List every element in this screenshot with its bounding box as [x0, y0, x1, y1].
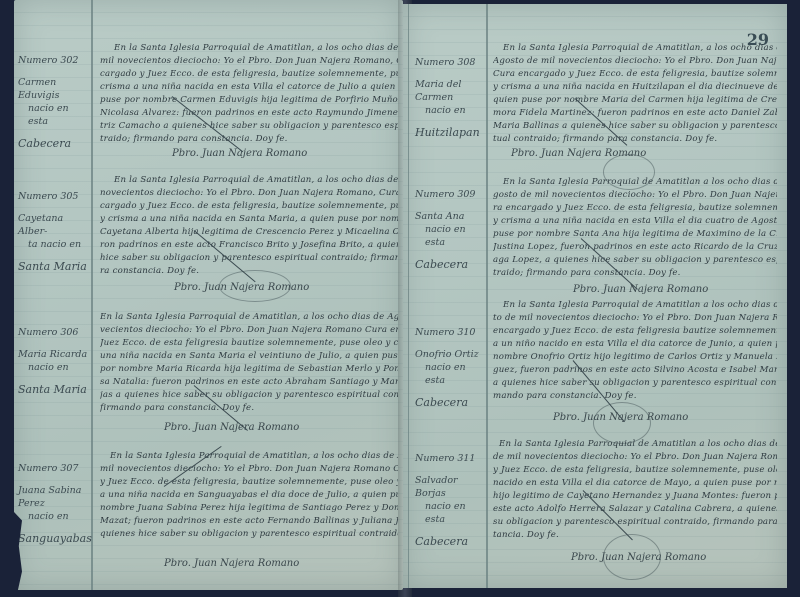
text-line: nombre Juana Sabina Perez hija legitima …: [100, 502, 398, 515]
text-line: En la Santa Iglesia Parroquial de Amatit…: [493, 299, 777, 312]
born-label: ta nacio en: [18, 238, 88, 251]
birth-place: Cabecera: [415, 396, 485, 409]
entry-body: En la Santa Iglesia Parroquial de Amatit…: [100, 42, 398, 146]
margin-rule: [486, 4, 488, 588]
text-line: una niña nacida en Santa Maria el veinti…: [100, 350, 398, 363]
text-line: Maria Ballinas a quienes hice saber su o…: [493, 120, 777, 133]
text-line: Juez Ecco. de esta feligresia bautize so…: [100, 337, 398, 350]
entry-body: En la Santa Iglesia Parroquial de Amatit…: [493, 299, 777, 403]
text-line: nacido en esta Villa el dia catorce de M…: [493, 477, 777, 490]
text-line: mora Fidela Martinez: fueron padrinos en…: [493, 107, 777, 120]
text-line: ron padrinos en este acto Francisco Brit…: [100, 239, 398, 252]
entry-body: En la Santa Iglesia Parroquial de Amatit…: [493, 438, 777, 542]
entry-body: En la Santa Iglesia Parroquial de Amatit…: [100, 311, 398, 415]
birth-place: Cabecera: [415, 535, 485, 548]
entry-body: En la Santa Iglesia Parroquial de Amatit…: [100, 174, 398, 278]
text-line: su obligacion y parentesco espiritual co…: [493, 516, 777, 529]
text-line: puse por nombre Carmen Eduvigis hija leg…: [100, 94, 398, 107]
text-line: hice saber su obligacion y parentesco es…: [100, 252, 398, 265]
text-line: quienes hice saber su obligacion y paren…: [100, 528, 398, 541]
text-line: En la Santa Iglesia Parroquial de Amatit…: [493, 176, 777, 189]
born-label: nacio en esta: [415, 361, 485, 387]
text-line: ra encargado y Juez Ecco. de esta feligr…: [493, 202, 777, 215]
born-label: nacio en esta: [415, 500, 485, 526]
text-line: encargado y Juez Ecco. de esta feligresi…: [493, 325, 777, 338]
born-label: nacio en: [415, 104, 485, 117]
signature-flourish: [603, 534, 661, 580]
child-name: Cayetana Alber-: [18, 212, 88, 238]
text-line: En la Santa Iglesia Parroquial de Amatit…: [100, 42, 398, 55]
text-line: En la Santa Iglesia Parroquial de Amatit…: [100, 311, 398, 324]
text-line: puse por nombre Santa Ana hija legitima …: [493, 228, 777, 241]
entry-body: En la Santa Iglesia Parroquial de Amatit…: [493, 42, 777, 146]
text-line: firmando para constancia. Doy fe.: [100, 402, 398, 415]
child-name: Carmen Eduvigis: [18, 76, 88, 102]
entry-number: Numero 309: [415, 188, 485, 201]
torn-page-edge: [0, 505, 14, 597]
child-name: Onofrio Ortiz: [415, 348, 485, 361]
child-name: Maria Ricarda: [18, 348, 88, 361]
margin-note-entry: Numero 309 Santa Ana nacio en esta Cabec…: [415, 188, 485, 271]
text-line: En la Santa Iglesia Parroquial de Amatit…: [493, 42, 777, 55]
text-line: nombre Onofrio Ortiz hijo legitimo de Ca…: [493, 351, 777, 364]
entry-number: Numero 306: [18, 326, 88, 339]
child-name: Maria del Carmen: [415, 78, 485, 104]
child-name: Salvador Borjas: [415, 474, 485, 500]
text-line: por nombre Maria Ricarda hija legitima d…: [100, 363, 398, 376]
birth-place: Sanguayabas: [18, 532, 88, 545]
text-line: Agosto de mil novecientos dieciocho: Yo …: [493, 55, 777, 68]
margin-note-entry: Numero 306 Maria Ricarda nacio en Santa …: [18, 326, 88, 396]
entry-number: Numero 311: [415, 452, 485, 465]
text-line: vecientos dieciocho: Yo el Pbro. Don Jua…: [100, 324, 398, 337]
text-line: jas a quienes hice saber su obligacion y…: [100, 389, 398, 402]
margin-note-entry: Numero 302 Carmen Eduvigis nacio en esta…: [18, 54, 88, 150]
text-line: tual contraido; firmando para constancia…: [493, 133, 777, 146]
text-line: novecientos dieciocho: Yo el Pbro. Don J…: [100, 187, 398, 200]
text-line: En la Santa Iglesia Parroquial de Amatit…: [100, 450, 398, 463]
text-line: y crisma a una niña nacida en esta Villa…: [493, 215, 777, 228]
entry-number: Numero 302: [18, 54, 88, 67]
margin-note-entry: Numero 310 Onofrio Ortiz nacio en esta C…: [415, 326, 485, 409]
entry-body: En la Santa Iglesia Parroquial de Amatit…: [493, 176, 777, 280]
text-line: crisma a una niña nacida en esta Villa e…: [100, 81, 398, 94]
text-line: y crisma a una niña nacida en Santa Mari…: [100, 213, 398, 226]
text-line: de mil novecientos dieciocho: Yo el Pbro…: [493, 451, 777, 464]
text-line: traido; firmando para constancia. Doy fe…: [100, 133, 398, 146]
text-line: cargado y Juez Ecco. de esta feligresia,…: [100, 200, 398, 213]
text-line: y crisma a una niña nacida en Huitzilapa…: [493, 81, 777, 94]
born-label: nacio en esta: [18, 102, 88, 128]
margin-note-entry: Numero 308 Maria del Carmen nacio en Hui…: [415, 56, 485, 139]
text-line: este acto Adolfo Herrera Salazar y Catal…: [493, 503, 777, 516]
entry-number: Numero 307: [18, 462, 88, 475]
text-line: a una niña nacida en Sanguayabas el dia …: [100, 489, 398, 502]
text-line: mil novecientos dieciocho: Yo el Pbro. D…: [100, 55, 398, 68]
entry-body: En la Santa Iglesia Parroquial de Amatit…: [100, 450, 398, 541]
born-label: nacio en: [18, 510, 88, 523]
text-line: hijo legitimo de Cayetano Hernandez y Ju…: [493, 490, 777, 503]
priest-signature: Pbro. Juan Najera Romano: [164, 422, 299, 433]
left-page: Numero 302 Carmen Eduvigis nacio en esta…: [14, 0, 403, 590]
text-line: y Juez Ecco. de esta feligresia, bautize…: [493, 464, 777, 477]
text-line: traido; firmando para constancia. Doy fe…: [493, 267, 777, 280]
margin-rule: [91, 0, 93, 590]
entry-number: Numero 305: [18, 190, 88, 203]
register-spread: Numero 302 Carmen Eduvigis nacio en esta…: [0, 0, 800, 597]
birth-place: Santa Maria: [18, 260, 88, 273]
text-line: cargado y Juez Ecco. de esta feligresia,…: [100, 68, 398, 81]
born-label: nacio en: [18, 361, 88, 374]
text-line: quien puse por nombre Maria del Carmen h…: [493, 94, 777, 107]
text-line: Cura encargado y Juez Ecco. de esta feli…: [493, 68, 777, 81]
text-line: En la Santa Iglesia Parroquial de Amatit…: [493, 438, 777, 451]
entry-number: Numero 310: [415, 326, 485, 339]
text-line: Nicolasa Alvarez: fueron padrinos en est…: [100, 107, 398, 120]
birth-place: Cabecera: [415, 258, 485, 271]
text-line: sa Natalia: fueron padrinos en este acto…: [100, 376, 398, 389]
text-line: aga Lopez, a quienes hice saber su oblig…: [493, 254, 777, 267]
margin-note-entry: Numero 307 Juana Sabina Perez nacio en S…: [18, 462, 88, 545]
birth-place: Santa Maria: [18, 383, 88, 396]
birth-place: Huitzilapan: [415, 126, 485, 139]
margin-rule: [408, 4, 409, 588]
priest-signature: Pbro. Juan Najera Romano: [573, 284, 708, 295]
text-line: mando para constancia. Doy fe.: [493, 390, 777, 403]
text-line: Cayetana Alberta hija legitima de Cresce…: [100, 226, 398, 239]
priest-signature: Pbro. Juan Najera Romano: [164, 558, 299, 569]
text-line: triz Camacho a quienes hice saber su obl…: [100, 120, 398, 133]
text-line: a un niño nacido en esta Villa el dia ca…: [493, 338, 777, 351]
birth-place: Cabecera: [18, 137, 88, 150]
text-line: y Juez Ecco. de esta feligresia, bautize…: [100, 476, 398, 489]
margin-note-entry: Numero 311 Salvador Borjas nacio en esta…: [415, 452, 485, 548]
child-name: Juana Sabina Perez: [18, 484, 88, 510]
text-line: En la Santa Iglesia Parroquial de Amatit…: [100, 174, 398, 187]
text-line: mil novecientos dieciocho: Yo el Pbro. D…: [100, 463, 398, 476]
child-name: Santa Ana: [415, 210, 485, 223]
born-label: nacio en esta: [415, 223, 485, 249]
margin-note-entry: Numero 305 Cayetana Alber- ta nacio en S…: [18, 190, 88, 273]
text-line: a quienes hice saber su obligacion y par…: [493, 377, 777, 390]
text-line: to de mil novecientos dieciocho: Yo el P…: [493, 312, 777, 325]
entry-number: Numero 308: [415, 56, 485, 69]
text-line: guez, fueron padrinos en este acto Silvi…: [493, 364, 777, 377]
text-line: gosto de mil novecientos dieciocho: Yo e…: [493, 189, 777, 202]
right-page: 29 Numero 308 Maria del Carmen nacio en …: [403, 4, 787, 588]
signature-flourish: [219, 270, 291, 302]
text-line: Justina Lopez, fueron padrinos en este a…: [493, 241, 777, 254]
text-line: Mazat; fueron padrinos en este acto Fern…: [100, 515, 398, 528]
